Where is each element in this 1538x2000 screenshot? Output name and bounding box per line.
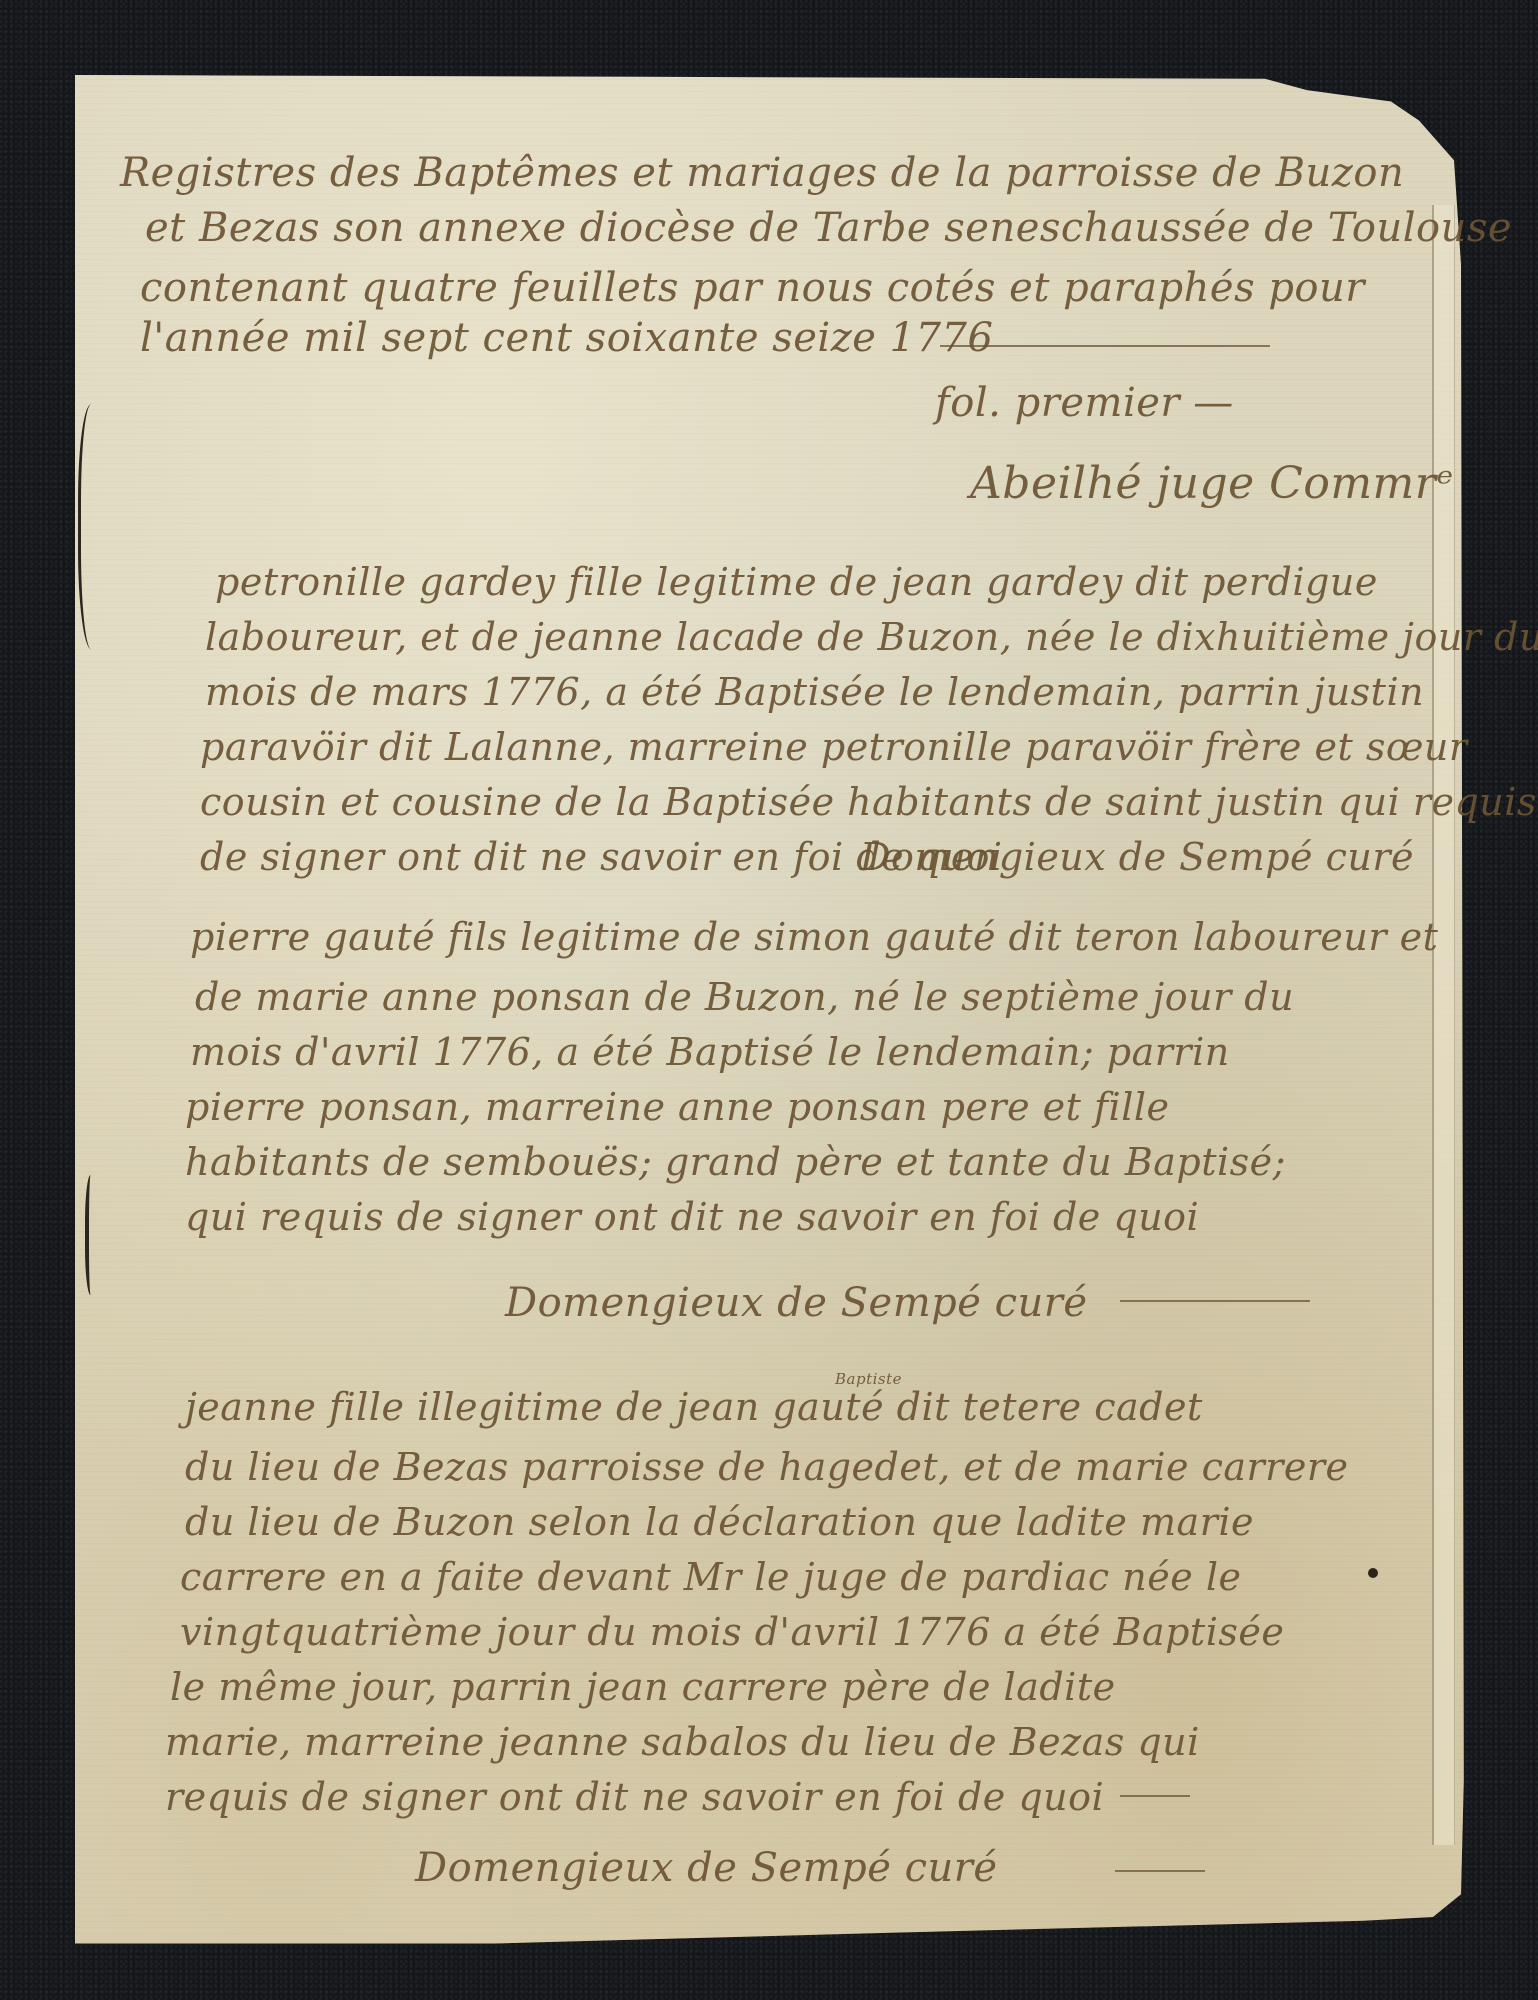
entry-1-line: mois de mars 1776, a été Baptisée le len… — [205, 670, 1424, 714]
entry-3-signature: Domengieux de Sempé curé — [415, 1845, 998, 1891]
entry-2-signature: Domengieux de Sempé curé — [505, 1280, 1088, 1326]
line-end-stroke — [1120, 1795, 1190, 1797]
folio-label: fol. premier — — [935, 380, 1234, 426]
entry-3-line: le même jour, parrin jean carrere père d… — [170, 1665, 1116, 1709]
entry-3-line: marie, marreine jeanne sabalos du lieu d… — [165, 1720, 1200, 1764]
page-edge-fold — [1432, 205, 1455, 1845]
entry-2-line: pierre ponsan, marreine anne ponsan pere… — [185, 1085, 1169, 1129]
margin-tick-mark — [85, 1175, 99, 1295]
entry-3-line: vingtquatrième jour du mois d'avril 1776… — [180, 1610, 1284, 1654]
entry-1-line: cousin et cousine de la Baptisée habitan… — [200, 780, 1537, 824]
signature-underline — [1120, 1300, 1310, 1302]
header-line: l'année mil sept cent soixante seize 177… — [140, 315, 993, 361]
entry-2-line: qui requis de signer ont dit ne savoir e… — [185, 1195, 1199, 1239]
header-line: Registres des Baptêmes et mariages de la… — [120, 150, 1404, 196]
entry-3-line: du lieu de Bezas parroisse de hagedet, e… — [185, 1445, 1349, 1489]
signature-underline — [1115, 1870, 1205, 1872]
official-signature: Abeilhé juge Commrᵉ — [970, 458, 1454, 509]
margin-bracket-mark — [78, 403, 111, 653]
entry-1-line: laboureur, et de jeanne lacade de Buzon,… — [205, 615, 1538, 659]
entry-3-line: requis de signer ont dit ne savoir en fo… — [165, 1775, 1104, 1819]
entry-3-line: carrere en a faite devant Mr le juge de … — [180, 1555, 1241, 1599]
entry-1-line: paravöir dit Lalanne, marreine petronill… — [200, 725, 1468, 769]
entry-2-line: pierre gauté fils legitime de simon gaut… — [190, 915, 1438, 959]
entry-2-line: de marie anne ponsan de Buzon, né le sep… — [195, 975, 1294, 1019]
ink-blot — [1368, 1568, 1378, 1578]
entry-1-signature: Domengieux de Sempé curé — [860, 835, 1414, 879]
header-line: contenant quatre feuillets par nous coté… — [140, 265, 1365, 311]
entry-3-line: du lieu de Buzon selon la déclaration qu… — [185, 1500, 1254, 1544]
entry-2-line: mois d'avril 1776, a été Baptisé le lend… — [190, 1030, 1230, 1074]
entry-2-line: habitants de sembouës; grand père et tan… — [185, 1140, 1286, 1184]
entry-3-line: jeanne fille illegitime de jean gauté di… — [185, 1385, 1203, 1429]
entry-1-line: petronille gardey fille legitime de jean… — [215, 560, 1378, 604]
header-underline — [940, 345, 1270, 347]
header-line: et Bezas son annexe diocèse de Tarbe sen… — [145, 205, 1512, 251]
